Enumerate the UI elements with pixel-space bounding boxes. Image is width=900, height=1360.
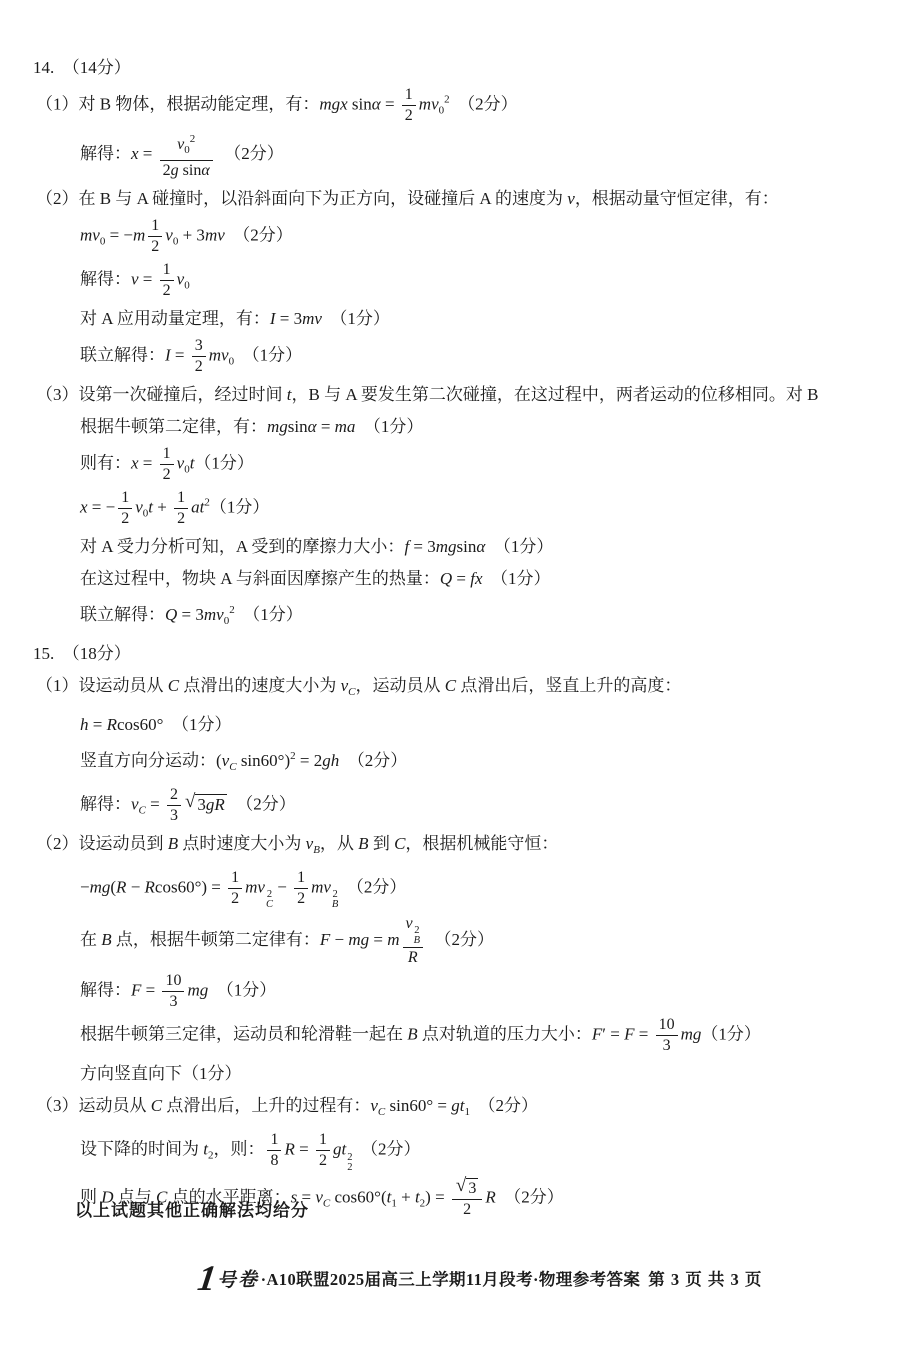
text-run: 2 <box>319 1152 327 1169</box>
text-run: 则有： <box>80 453 131 472</box>
numerator: √3 <box>452 1178 482 1200</box>
answer-line: 根据牛顿第三定律，运动员和轮滑鞋一起在 B 点对轨道的压力大小：F′ = F =… <box>80 1016 900 1055</box>
text-run: 1 <box>177 489 185 506</box>
math-var: ma <box>335 417 356 436</box>
text-run: 3 <box>197 795 206 814</box>
math-var: mv <box>419 94 439 113</box>
text-run: （2分） <box>228 794 296 813</box>
math-var: gh <box>322 751 339 770</box>
text-run: ，从 <box>320 834 358 853</box>
fraction: v022g sinα <box>160 130 213 180</box>
math-var: R <box>485 1187 495 1206</box>
text-run: 点滑出后，上升的过程有： <box>162 1096 370 1115</box>
text-run: 解得： <box>80 144 131 163</box>
fraction: 12 <box>316 1131 330 1170</box>
text-run: 1 <box>405 86 413 103</box>
math-var: F <box>320 930 330 949</box>
denominator: 2 <box>148 237 162 256</box>
answer-line: 15. （18分） <box>33 640 900 667</box>
answer-line: （1）设运动员从 C 点滑出的速度大小为 vC，运动员从 C 点滑出后，竖直上升… <box>36 672 900 706</box>
numerator: 1 <box>267 1131 281 1151</box>
fraction: 12 <box>148 217 162 256</box>
numerator: 1 <box>294 869 308 889</box>
math-var: B <box>101 930 111 949</box>
text-run: 8 <box>270 1152 278 1169</box>
sub-sup-stack: 2C <box>266 890 273 910</box>
superscript: 2 <box>190 133 196 145</box>
math-var: R <box>116 877 126 896</box>
footer-content: 1 号卷 ·A10联盟2025届高三上学期11月段考·物理参考答案 第 3 页 … <box>198 1260 763 1296</box>
text-run: = <box>317 417 335 436</box>
denominator: 2 <box>402 106 416 125</box>
text-run: 10 <box>659 1016 675 1033</box>
text-run: ，运动员从 <box>355 676 444 695</box>
denominator: 2 <box>160 465 174 484</box>
math-var: B <box>358 834 368 853</box>
text-run: （2分） <box>470 1096 538 1115</box>
answer-line: （2）设运动员到 B 点时速度大小为 vB，从 B 到 C，根据机械能守恒： <box>36 830 900 864</box>
text-run: 2 <box>297 890 305 907</box>
text-run: 1 <box>297 869 305 886</box>
text-run: ，B 与 A 要发生第二次碰撞，在这过程中，两者运动的位移相同。对 B <box>291 385 818 404</box>
subscript: C <box>266 900 273 910</box>
radical: √3 <box>456 1178 478 1198</box>
footer-text: ·A10联盟2025届高三上学期11月段考·物理参考答案 <box>261 1266 641 1290</box>
text-run: cos60°( <box>330 1187 386 1206</box>
answer-line: （1）对 B 物体，根据动能定理，有：mgx sinα = 12mv02 （2分… <box>36 86 900 125</box>
answer-line: （2）在 B 与 A 碰撞时，以沿斜面向下为正方向，设碰撞后 A 的速度为 v，… <box>36 185 900 212</box>
answer-line: 联立解得：I = 32mv0 （1分） <box>80 337 900 376</box>
fraction: 12 <box>402 86 416 125</box>
text-run: 2 <box>170 786 178 803</box>
text-run: sin60°) <box>237 751 291 770</box>
math-var: R <box>107 715 117 734</box>
subscript: B <box>332 900 338 910</box>
answer-line: 14. （14分） <box>33 54 900 81</box>
text-run: 在这过程中，物块 A 与斜面因摩擦产生的热量： <box>80 569 440 588</box>
math-var: mv <box>80 225 100 244</box>
math-var: mv <box>205 225 225 244</box>
math-var: α <box>476 537 485 556</box>
text-run: 对 A 应用动量定理，有： <box>80 309 270 328</box>
text-run: = <box>452 569 470 588</box>
text-run: sin <box>457 537 477 556</box>
answer-line: 根据牛顿第二定律，有：mgsinα = ma （1分） <box>80 413 900 440</box>
text-run: = <box>381 94 399 113</box>
text-run: 解得： <box>80 981 131 1000</box>
math-var: C <box>445 676 456 695</box>
answer-sheet-page: 14. （14分）（1）对 B 物体，根据动能定理，有：mgx sinα = 1… <box>0 0 900 1360</box>
subscript: 2 <box>347 1163 352 1173</box>
text-run: = <box>89 715 107 734</box>
answer-line: 在这过程中，物块 A 与斜面因摩擦产生的热量：Q = fx （1分） <box>80 565 900 592</box>
fraction: 12 <box>294 869 308 908</box>
answer-line: 解得：v = 12v0 <box>80 261 900 300</box>
numerator: 1 <box>316 1131 330 1151</box>
math-var: v <box>567 189 575 208</box>
math-var: mg <box>436 537 457 556</box>
footer-page-info: 第 3 页 共 3 页 <box>648 1266 762 1290</box>
math-var: B <box>168 834 178 853</box>
note: 以上试题其他正确解法均给分 <box>75 1196 309 1221</box>
subscript: 0 <box>224 615 230 627</box>
denominator: 8 <box>267 1151 281 1170</box>
numerator: v02 <box>160 130 213 161</box>
numerator: 10 <box>656 1016 678 1036</box>
math-var: mgx <box>319 94 347 113</box>
subscript: 0 <box>184 279 190 291</box>
math-var: v <box>165 225 173 244</box>
denominator: 3 <box>656 1036 678 1055</box>
answer-line: 联立解得：Q = 3mv02 （1分） <box>80 597 900 635</box>
text-run: 在 <box>80 930 101 949</box>
answer-line: （3）设第一次碰撞后，经过时间 t，B 与 A 要发生第二次碰撞，在这过程中，两… <box>36 381 900 408</box>
denominator: 2 <box>452 1200 482 1219</box>
text-run: 联立解得： <box>80 605 165 624</box>
text-run: 2 <box>151 238 159 255</box>
text-run: （2分） <box>352 1140 420 1159</box>
text-run: 3 <box>468 1180 476 1197</box>
subscript: 0 <box>184 144 190 156</box>
text-run: 到 <box>369 834 395 853</box>
text-run: 竖直方向分运动：( <box>80 751 222 770</box>
text-run: 对 A 受力分析可知，A 受到的摩擦力大小： <box>80 537 404 556</box>
answer-line: 解得：x = v022g sinα （2分） <box>80 130 900 180</box>
text-run: 点时速度大小为 <box>178 834 306 853</box>
math-var: mv <box>209 345 229 364</box>
math-var: B <box>407 1025 417 1044</box>
math-var: mv <box>204 605 224 624</box>
fraction: 12 <box>174 489 188 528</box>
text-run: 10 <box>165 972 181 989</box>
math-var: x <box>131 453 139 472</box>
text-run: ′ = <box>602 1025 624 1044</box>
text-run: sin <box>348 94 372 113</box>
text-run: （2分） <box>338 877 406 896</box>
text-run: = − <box>88 497 116 516</box>
text-run: cos60° （1分） <box>117 715 231 734</box>
answer-line: 设下降的时间为 t2，则：18R = 12gt22 （2分） <box>80 1131 900 1172</box>
text-run: 2 <box>463 1201 471 1218</box>
text-run: （1分） <box>355 417 423 436</box>
math-var: F <box>131 981 141 1000</box>
fraction: 18 <box>267 1131 281 1170</box>
text-run: + <box>397 1187 415 1206</box>
text-run: 2 <box>163 466 171 483</box>
text-run: 根据牛顿第三定律，运动员和轮滑鞋一起在 <box>80 1025 407 1044</box>
text-run: sin <box>288 417 308 436</box>
text-run: = <box>139 453 157 472</box>
math-var: gR <box>206 795 225 814</box>
subscript: B <box>313 844 320 856</box>
answers: 14. （14分）（1）对 B 物体，根据动能定理，有：mgx sinα = 1… <box>0 0 900 1219</box>
numerator: 1 <box>118 489 132 509</box>
text-run: 2 <box>405 107 413 124</box>
math-var: F <box>624 1025 634 1044</box>
denominator: 2 <box>160 281 174 300</box>
text-run: （2分） <box>339 751 407 770</box>
subscript: C <box>229 761 236 773</box>
math-var: gt <box>451 1096 464 1115</box>
text-run: 1 <box>163 261 171 278</box>
numerator: 1 <box>402 86 416 106</box>
text-run: 1 <box>121 489 129 506</box>
text-run: （1分） <box>208 981 276 1000</box>
text-run: = <box>146 794 164 813</box>
math-var: v <box>341 676 349 695</box>
numerator: 10 <box>162 972 184 992</box>
text-run: sin60° = <box>385 1096 451 1115</box>
text-run: （1）对 B 物体，根据动能定理，有： <box>36 94 319 113</box>
math-var: mg <box>267 417 288 436</box>
text-run: − <box>330 930 348 949</box>
subscript: B <box>414 936 420 946</box>
math-var: at <box>191 497 204 516</box>
text-run: 根据牛顿第二定律，有： <box>80 417 267 436</box>
text-run: 3 <box>170 807 178 824</box>
math-var: fx <box>470 569 482 588</box>
math-var: m <box>387 930 399 949</box>
math-var: C <box>394 834 405 853</box>
denominator: 2 <box>316 1151 330 1170</box>
math-var: α <box>201 162 209 179</box>
text-run: （1分） <box>483 569 551 588</box>
text-run: = <box>139 269 157 288</box>
denominator: 3 <box>162 992 184 1011</box>
text-run: ) = <box>425 1187 449 1206</box>
math-var: v <box>131 794 139 813</box>
text-run: （2分） <box>450 94 518 113</box>
text-run: 点对轨道的压力大小： <box>418 1025 592 1044</box>
text-run: = 3 <box>276 309 303 328</box>
text-run: ，根据动量守恒定律，有： <box>575 189 779 208</box>
math-var: x <box>131 144 139 163</box>
radical: √3gR <box>185 794 227 814</box>
math-var: mg <box>681 1025 702 1044</box>
text-run: （2分） <box>496 1187 564 1206</box>
text-run: （1分） <box>235 605 303 624</box>
subscript: C <box>139 804 146 816</box>
text-run: 1 <box>270 1131 278 1148</box>
math-var: α <box>372 94 381 113</box>
text-run: （1分） <box>234 345 302 364</box>
text-run: 1 <box>319 1131 327 1148</box>
text-run: 1 <box>151 217 159 234</box>
math-var: F <box>592 1025 602 1044</box>
fraction: 12 <box>118 489 132 528</box>
answer-line: 则有：x = 12v0t（1分） <box>80 445 900 484</box>
radicand: 3 <box>466 1178 478 1198</box>
fraction: 32 <box>192 337 206 376</box>
text-run: = − <box>105 225 133 244</box>
answer-line: 对 A 受力分析可知，A 受到的摩擦力大小：f = 3mgsinα （1分） <box>80 533 900 560</box>
denominator: R <box>403 948 424 967</box>
numerator: 1 <box>160 261 174 281</box>
math-var: Q <box>165 605 177 624</box>
math-var: v <box>406 915 413 932</box>
math-var: C <box>168 676 179 695</box>
math-var: mv <box>311 877 331 896</box>
text-run: （2）在 B 与 A 碰撞时，以沿斜面向下为正方向，设碰撞后 A 的速度为 <box>36 189 567 208</box>
text-run: 3 <box>663 1037 671 1054</box>
text-run: − <box>80 877 90 896</box>
text-run: （1分） <box>210 497 270 516</box>
text-run: （3）运动员从 <box>36 1096 151 1115</box>
text-run: （2分） <box>216 144 284 163</box>
numerator: 3 <box>192 337 206 357</box>
text-run: 联立解得： <box>80 345 165 364</box>
math-var: α <box>308 417 317 436</box>
text-run: = <box>369 930 387 949</box>
text-run: （3）设第一次碰撞后，经过时间 <box>36 385 287 404</box>
answer-line: −mg(R − Rcos60°) = 12mv2C − 12mv2B （2分） <box>80 869 900 910</box>
text-run: = <box>295 1140 313 1159</box>
text-run: cos60°) = <box>155 877 225 896</box>
text-run: 点，根据牛顿第二定律有： <box>112 930 320 949</box>
fraction: 103 <box>162 972 184 1011</box>
text-run: − <box>126 877 144 896</box>
text-run: 1 <box>231 869 239 886</box>
text-run: 2 <box>163 282 171 299</box>
math-var: v <box>131 269 139 288</box>
math-var: v <box>135 497 143 516</box>
answer-line: 解得：F = 103mg （1分） <box>80 972 900 1011</box>
math-var: x <box>80 497 88 516</box>
denominator: 2g sinα <box>160 161 213 180</box>
answer-line: h = Rcos60° （1分） <box>80 711 900 738</box>
numerator: 1 <box>148 217 162 237</box>
fraction: v2BR <box>403 915 424 967</box>
fraction: 12 <box>160 261 174 300</box>
sub-sup-stack: 2B <box>414 926 420 946</box>
denominator: 2 <box>118 509 132 528</box>
numerator: 2 <box>167 786 181 806</box>
text-run: 点滑出的速度大小为 <box>179 676 341 695</box>
text-run: （2分） <box>225 225 293 244</box>
math-var: mg <box>348 930 369 949</box>
answer-line: 在 B 点，根据牛顿第二定律有：F − mg = mv2BR （2分） <box>80 915 900 967</box>
answer-line: 方向竖直向下（1分） <box>80 1060 900 1087</box>
text-run: 设下降的时间为 <box>80 1140 203 1159</box>
text-run: 方向竖直向下（1分） <box>80 1064 242 1083</box>
text-run: = <box>171 345 189 364</box>
answer-line: （3）运动员从 C 点滑出后，上升的过程有：vC sin60° = gt1 （2… <box>36 1092 900 1126</box>
math-var: m <box>133 225 145 244</box>
text-run: （1分） <box>322 309 390 328</box>
text-run: = 3 <box>409 537 436 556</box>
math-var: v <box>315 1187 323 1206</box>
text-run: 15. （18分） <box>33 644 131 663</box>
answer-line: mv0 = −m12v0 + 3mv （2分） <box>80 217 900 256</box>
math-var: gt <box>333 1140 346 1159</box>
answer-line: x = −12v0t + 12at2（1分） <box>80 489 900 528</box>
math-var: mv <box>302 309 322 328</box>
denominator: 2 <box>228 889 242 908</box>
math-var: mg <box>90 877 111 896</box>
math-var: R <box>284 1140 294 1159</box>
numerator: 1 <box>160 445 174 465</box>
math-var: C <box>151 1096 162 1115</box>
math-var: h <box>80 715 89 734</box>
text-run: （2分） <box>426 930 494 949</box>
text-run: 14. （14分） <box>33 58 131 77</box>
text-run: 2 <box>195 358 203 375</box>
denominator: 2 <box>192 357 206 376</box>
math-var: R <box>408 949 418 966</box>
denominator: 2 <box>174 509 188 528</box>
text-run: 解得： <box>80 269 131 288</box>
radicand: 3gR <box>195 794 226 814</box>
math-var: Q <box>440 569 452 588</box>
text-run: + 3 <box>178 225 205 244</box>
denominator: 2 <box>294 889 308 908</box>
text-run: sin <box>179 162 202 179</box>
radical-sign-icon: √ <box>456 1176 466 1195</box>
math-var: R <box>145 877 155 896</box>
math-var: v <box>370 1096 378 1115</box>
denominator: 3 <box>167 806 181 825</box>
page-footer: 1 号卷 ·A10联盟2025届高三上学期11月段考·物理参考答案 第 3 页 … <box>0 1260 900 1296</box>
numerator: 1 <box>228 869 242 889</box>
text-run: （1分） <box>194 453 254 472</box>
fraction: √32 <box>452 1178 482 1219</box>
answer-line: 竖直方向分运动：(vC sin60°)2 = 2gh （2分） <box>80 743 900 781</box>
text-run: ，则： <box>213 1140 264 1159</box>
text-run: ，根据机械能守恒： <box>405 834 558 853</box>
numerator: 1 <box>174 489 188 509</box>
text-run: 2 <box>163 162 171 179</box>
text-run: + <box>153 497 171 516</box>
math-var: g <box>171 162 179 179</box>
text-run: 2 <box>177 510 185 527</box>
text-run: = <box>139 144 157 163</box>
text-run: 3 <box>169 993 177 1010</box>
text-run: 1 <box>163 445 171 462</box>
text-run: 解得： <box>80 794 131 813</box>
text-run: = 2 <box>296 751 323 770</box>
radical-sign-icon: √ <box>185 792 195 811</box>
subscript: 0 <box>439 104 445 116</box>
text-run: 2 <box>121 510 129 527</box>
fraction: 23 <box>167 786 181 825</box>
numerator: v2B <box>403 915 424 948</box>
brand-logo-numeral: 1 <box>195 1260 218 1296</box>
text-run: （1分） <box>701 1025 761 1044</box>
math-var: mv <box>245 877 265 896</box>
math-var: mg <box>187 981 208 1000</box>
answer-line: 解得：vC = 23√3gR （2分） <box>80 786 900 825</box>
text-run: 点滑出后，竖直上升的高度： <box>456 676 681 695</box>
brand-logo-script: 号卷 <box>216 1264 259 1292</box>
text-run: 3 <box>195 337 203 354</box>
text-run: = <box>634 1025 652 1044</box>
answer-line: 对 A 应用动量定理，有：I = 3mv （1分） <box>80 305 900 332</box>
fraction: 103 <box>656 1016 678 1055</box>
text-run: − <box>273 877 291 896</box>
fraction: 12 <box>160 445 174 484</box>
text-run: 2 <box>231 890 239 907</box>
text-run: （2）设运动员到 <box>36 834 168 853</box>
text-run: （1分） <box>485 537 553 556</box>
text-run: = <box>141 981 159 1000</box>
text-run: = 3 <box>177 605 204 624</box>
fraction: 12 <box>228 869 242 908</box>
text-run: （1）设运动员从 <box>36 676 168 695</box>
